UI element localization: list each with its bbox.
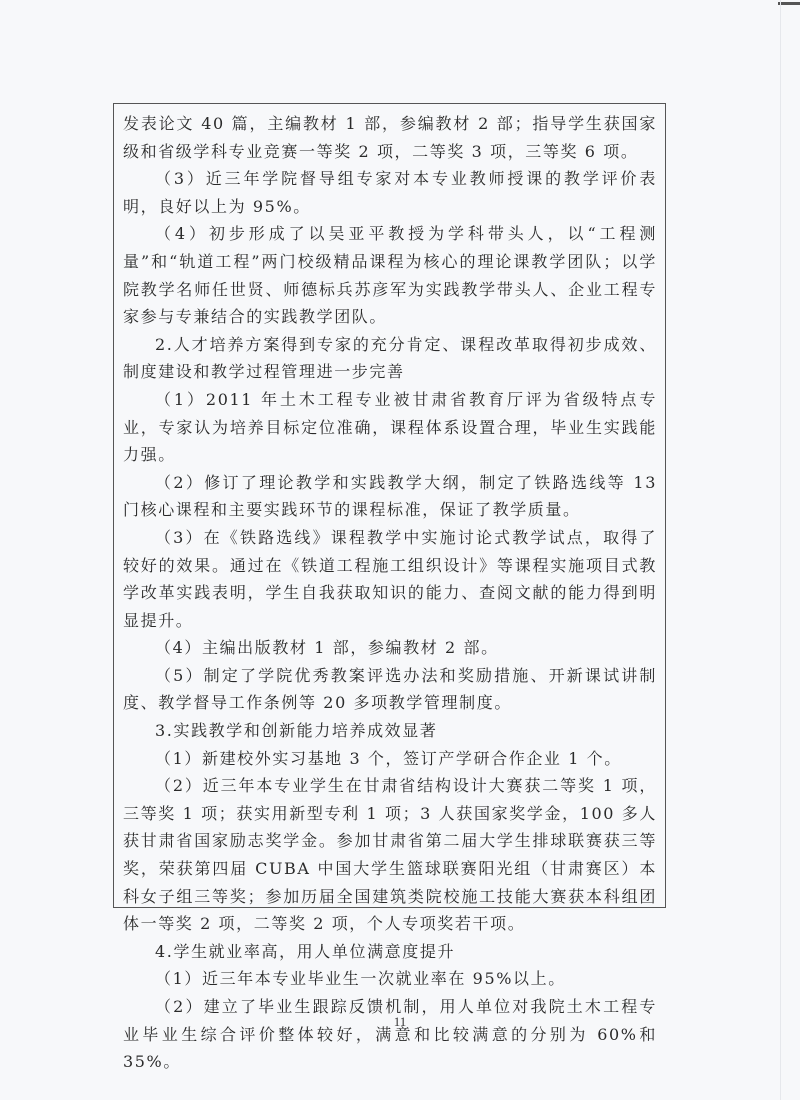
section-heading-3: 3.实践教学和创新能力培养成效显著 (123, 717, 657, 745)
paragraph-management-rules: （5）制定了学院优秀教案评选办法和奖励措施、开新课试讲制度、教学督导工作条例等 … (123, 662, 657, 717)
paragraph-teaching-evaluation: （3）近三年学院督导组专家对本专业教师授课的教学评价表明，良好以上为 95%。 (123, 165, 657, 220)
scan-edge-mark (778, 2, 800, 5)
paragraph-publications: 发表论文 40 篇，主编教材 1 部，参编教材 2 部；指导学生获国家级和省级学… (123, 110, 657, 165)
paragraph-teaching-pilot: （3）在《铁路选线》课程教学中实施讨论式教学试点，取得了较好的效果。通过在《铁道… (123, 524, 657, 634)
paragraph-employment-rate: （1）近三年本专业毕业生一次就业率在 95%以上。 (123, 965, 657, 993)
content-frame: 发表论文 40 篇，主编教材 1 部，参编教材 2 部；指导学生获国家级和省级学… (113, 103, 666, 908)
paragraph-syllabus: （2）修订了理论教学和实践教学大纲，制定了铁路选线等 13 门核心课程和主要实践… (123, 469, 657, 524)
paragraph-teaching-team: （4）初步形成了以吴亚平教授为学科带头人，以“工程测量”和“轨道工程”两门校级精… (123, 220, 657, 330)
scan-page-edge (780, 0, 781, 1100)
paragraph-textbooks: （4）主编出版教材 1 部，参编教材 2 部。 (123, 634, 657, 662)
section-heading-4: 4.学生就业率高，用人单位满意度提升 (123, 938, 657, 966)
section-heading-2: 2.人才培养方案得到专家的充分肯定、课程改革取得初步成效、制度建设和教学过程管理… (123, 331, 657, 386)
paragraph-employer-feedback: （2）建立了毕业生跟踪反馈机制，用人单位对我院土木工程专业毕业生综合评价整体较好… (123, 993, 657, 1076)
page-number: 11 (0, 1014, 800, 1030)
paragraph-special-major: （1）2011 年土木工程专业被甘肃省教育厅评为省级特点专业，专家认为培养目标定… (123, 386, 657, 469)
paragraph-student-awards: （2）近三年本专业学生在甘肃省结构设计大赛获二等奖 1 项，三等奖 1 项；获实… (123, 772, 657, 938)
paragraph-internship-bases: （1）新建校外实习基地 3 个，签订产学研合作企业 1 个。 (123, 745, 657, 773)
